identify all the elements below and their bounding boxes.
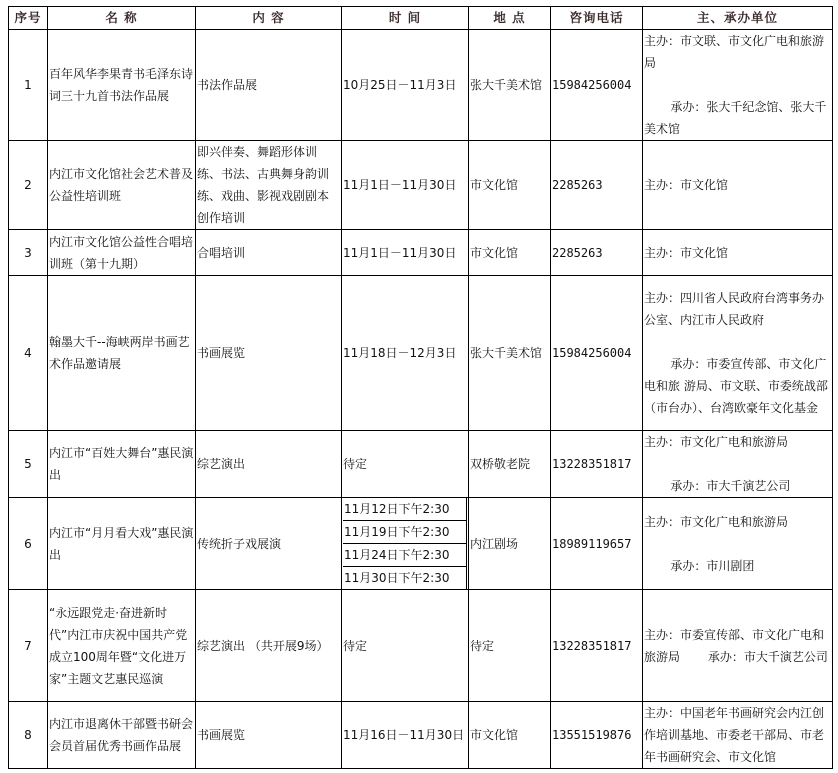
cell-seq: 2 <box>9 141 48 230</box>
cell-time: 11月18日－12月3日 <box>342 276 469 431</box>
cell-organizers: 主办：市文联、市文化广电和旅游局 承办：张大千纪念馆、张大千美术馆 <box>643 30 833 141</box>
cell-time: 10月25日－11月3日 <box>342 30 469 141</box>
organizer-text: 承办：张大千纪念馆、张大千美术馆 <box>644 96 831 140</box>
header-phone: 咨询电话 <box>551 7 643 30</box>
cell-phone: 18989119657 <box>551 498 643 590</box>
cell-seq: 7 <box>9 590 48 702</box>
time-slots: 11月12日下午2:30 11月19日下午2:30 11月24日下午2:30 1… <box>343 498 467 589</box>
cell-name: “永远跟党走·奋进新时代”内江市庆祝中国共产党成立100周年暨“文化进万家”主题… <box>48 590 196 702</box>
table-row: 7 “永远跟党走·奋进新时代”内江市庆祝中国共产党成立100周年暨“文化进万家”… <box>9 590 833 702</box>
header-seq: 序号 <box>9 7 48 30</box>
table-row: 5 内江市“百姓大舞台”惠民演出 综艺演出 待定 双桥敬老院 132283518… <box>9 431 833 498</box>
table-row: 3 内江市文化馆公益性合唱培训班（第十九期） 合唱培训 11月1日－11月30日… <box>9 230 833 276</box>
cell-content: 合唱培训 <box>196 230 342 276</box>
cell-seq: 1 <box>9 30 48 141</box>
host-text: 主办：市文化广电和旅游局 <box>644 431 831 453</box>
cell-name: 内江市“百姓大舞台”惠民演出 <box>48 431 196 498</box>
organizer-text: 承办：市川剧团 <box>644 555 831 577</box>
cell-organizers: 主办：市文化馆 <box>643 141 833 230</box>
host-text: 主办：市委宣传部、市文化广电和旅游局 承办：市大千演艺公司 <box>644 624 831 668</box>
header-name: 名 称 <box>48 7 196 30</box>
cell-content: 即兴伴奏、舞蹈形体训练、书法、古典舞身韵训练、戏曲、影视戏剧剧本创作培训 <box>196 141 342 230</box>
cell-phone: 13551519876 <box>551 702 643 769</box>
cell-phone: 15984256004 <box>551 276 643 431</box>
events-table: 序号 名 称 内 容 时 间 地 点 咨询电话 主、承办单位 1 百年风华李果青… <box>8 6 833 769</box>
cell-phone: 2285263 <box>551 141 643 230</box>
cell-organizers: 主办：市文化馆 <box>643 230 833 276</box>
cell-venue: 双桥敬老院 <box>469 431 551 498</box>
organizer-text: 承办：市大千演艺公司 <box>644 475 831 497</box>
cell-venue: 张大千美术馆 <box>469 30 551 141</box>
organizer-text: 承办：市委宣传部、市文化广电和旅 游局、市文联、市委统战部（市台办）、台湾欧豪年… <box>644 353 831 419</box>
host-text: 主办：四川省人民政府台湾事务办公室、内江市人民政府 <box>644 287 831 331</box>
cell-name: 内江市文化馆社会艺术普及公益性培训班 <box>48 141 196 230</box>
cell-venue: 内江剧场 <box>469 498 551 590</box>
table-row: 1 百年风华李果青书毛泽东诗词三十九首书法作品展 书法作品展 10月25日－11… <box>9 30 833 141</box>
header-venue: 地 点 <box>469 7 551 30</box>
header-time: 时 间 <box>342 7 469 30</box>
cell-phone: 13228351817 <box>551 590 643 702</box>
cell-name: 翰墨大千--海峡两岸书画艺术作品邀请展 <box>48 276 196 431</box>
cell-content: 传统折子戏展演 <box>196 498 342 590</box>
cell-name: 内江市文化馆公益性合唱培训班（第十九期） <box>48 230 196 276</box>
cell-content: 书画展览 <box>196 276 342 431</box>
cell-name: 百年风华李果青书毛泽东诗词三十九首书法作品展 <box>48 30 196 141</box>
cell-time: 11月1日－11月30日 <box>342 141 469 230</box>
time-slot: 11月19日下午2:30 <box>343 521 467 544</box>
cell-time: 待定 <box>342 590 469 702</box>
cell-seq: 5 <box>9 431 48 498</box>
time-slot: 11月24日下午2:30 <box>343 544 467 567</box>
host-text: 主办：中国老年书画研究会内江创作培训基地、市委老干部局、市老年书画研究会、市文化… <box>644 702 831 768</box>
header-organizers: 主、承办单位 <box>643 7 833 30</box>
cell-seq: 6 <box>9 498 48 590</box>
host-text: 主办：市文化广电和旅游局 <box>644 511 831 533</box>
cell-content: 书法作品展 <box>196 30 342 141</box>
time-slot: 11月30日下午2:30 <box>343 567 467 590</box>
cell-venue: 市文化馆 <box>469 230 551 276</box>
cell-phone: 2285263 <box>551 230 643 276</box>
cell-organizers: 主办：市委宣传部、市文化广电和旅游局 承办：市大千演艺公司 <box>643 590 833 702</box>
cell-content: 综艺演出 （共开展9场） <box>196 590 342 702</box>
cell-venue: 待定 <box>469 590 551 702</box>
host-text: 主办：市文化馆 <box>644 174 831 196</box>
cell-seq: 8 <box>9 702 48 769</box>
cell-seq: 3 <box>9 230 48 276</box>
cell-name: 内江市退离休干部暨书研会会员首届优秀书画作品展 <box>48 702 196 769</box>
cell-time-list: 11月12日下午2:30 11月19日下午2:30 11月24日下午2:30 1… <box>342 498 469 590</box>
table-row: 2 内江市文化馆社会艺术普及公益性培训班 即兴伴奏、舞蹈形体训练、书法、古典舞身… <box>9 141 833 230</box>
cell-organizers: 主办：中国老年书画研究会内江创作培训基地、市委老干部局、市老年书画研究会、市文化… <box>643 702 833 769</box>
cell-content: 综艺演出 <box>196 431 342 498</box>
cell-content: 书画展览 <box>196 702 342 769</box>
cell-time: 11月16日－11月30日 <box>342 702 469 769</box>
cell-seq: 4 <box>9 276 48 431</box>
cell-time: 待定 <box>342 431 469 498</box>
table-row: 4 翰墨大千--海峡两岸书画艺术作品邀请展 书画展览 11月18日－12月3日 … <box>9 276 833 431</box>
table-row: 6 内江市“月月看大戏”惠民演出 传统折子戏展演 11月12日下午2:30 11… <box>9 498 833 590</box>
cell-time: 11月1日－11月30日 <box>342 230 469 276</box>
table-row: 8 内江市退离休干部暨书研会会员首届优秀书画作品展 书画展览 11月16日－11… <box>9 702 833 769</box>
host-text: 主办：市文化馆 <box>644 242 831 264</box>
cell-phone: 13228351817 <box>551 431 643 498</box>
table-header-row: 序号 名 称 内 容 时 间 地 点 咨询电话 主、承办单位 <box>9 7 833 30</box>
cell-organizers: 主办：市文化广电和旅游局 承办：市大千演艺公司 <box>643 431 833 498</box>
header-content: 内 容 <box>196 7 342 30</box>
cell-name: 内江市“月月看大戏”惠民演出 <box>48 498 196 590</box>
cell-organizers: 主办：市文化广电和旅游局 承办：市川剧团 <box>643 498 833 590</box>
cell-venue: 市文化馆 <box>469 141 551 230</box>
cell-venue: 张大千美术馆 <box>469 276 551 431</box>
cell-venue: 市文化馆 <box>469 702 551 769</box>
cell-phone: 15984256004 <box>551 30 643 141</box>
host-text: 主办：市文联、市文化广电和旅游局 <box>644 30 831 74</box>
cell-organizers: 主办：四川省人民政府台湾事务办公室、内江市人民政府 承办：市委宣传部、市文化广电… <box>643 276 833 431</box>
time-slot: 11月12日下午2:30 <box>343 498 467 521</box>
